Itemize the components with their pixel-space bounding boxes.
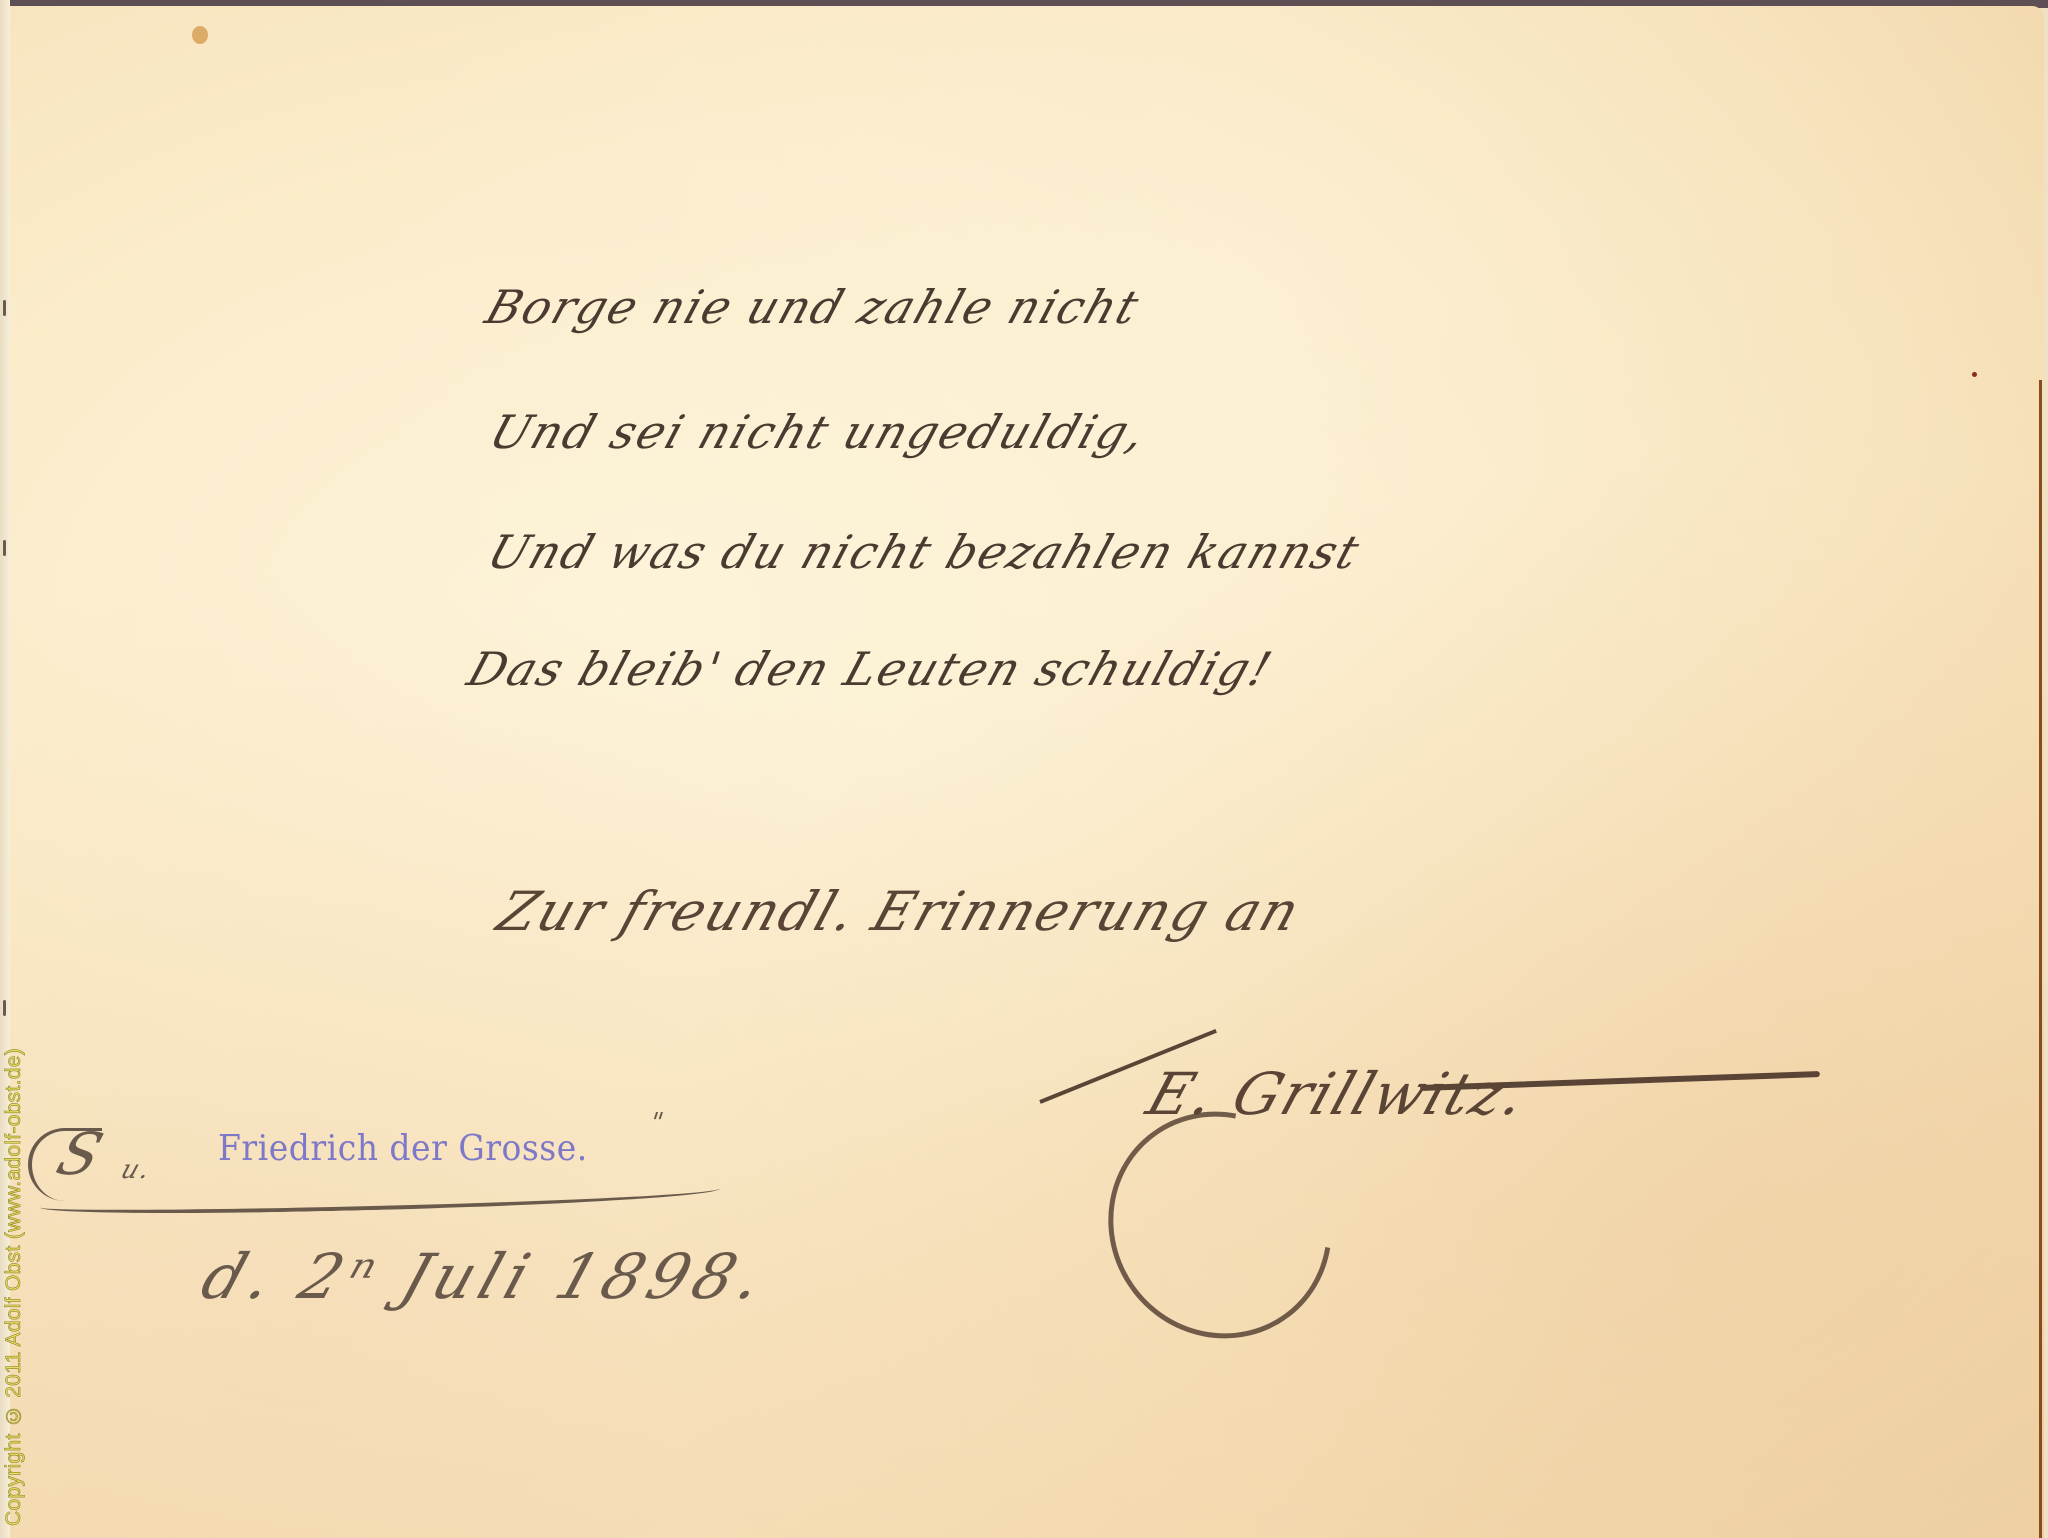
- signature: E. Grillwitz.: [1139, 1060, 1537, 1128]
- verse-line-4: Das bleib' den Leuten schuldig!: [461, 642, 1280, 696]
- dedication: Zur freundl. Erinnerung an: [490, 880, 1309, 943]
- binding-stitch: [3, 300, 6, 316]
- ship-name-stamp: Friedrich der Grosse.: [218, 1126, 588, 1168]
- verse-line-3: Und was du nicht bezahlen kannst: [481, 525, 1367, 579]
- paper-stain: [192, 26, 208, 44]
- binding-stitch: [3, 1000, 6, 1016]
- ink-speck: [1972, 372, 1977, 377]
- entry-date: d. 2ⁿ Juli 1898.: [193, 1240, 778, 1313]
- page-right-edge: [2039, 380, 2042, 1538]
- verse-line-1: Borge nie und zahle nicht: [479, 280, 1147, 334]
- copyright-watermark: Copyright © 2011 Adolf Obst (www.adolf-o…: [2, 1048, 26, 1526]
- binding-stitch: [3, 540, 6, 556]
- verse-line-2: Und sei nicht ungeduldig,: [483, 405, 1154, 459]
